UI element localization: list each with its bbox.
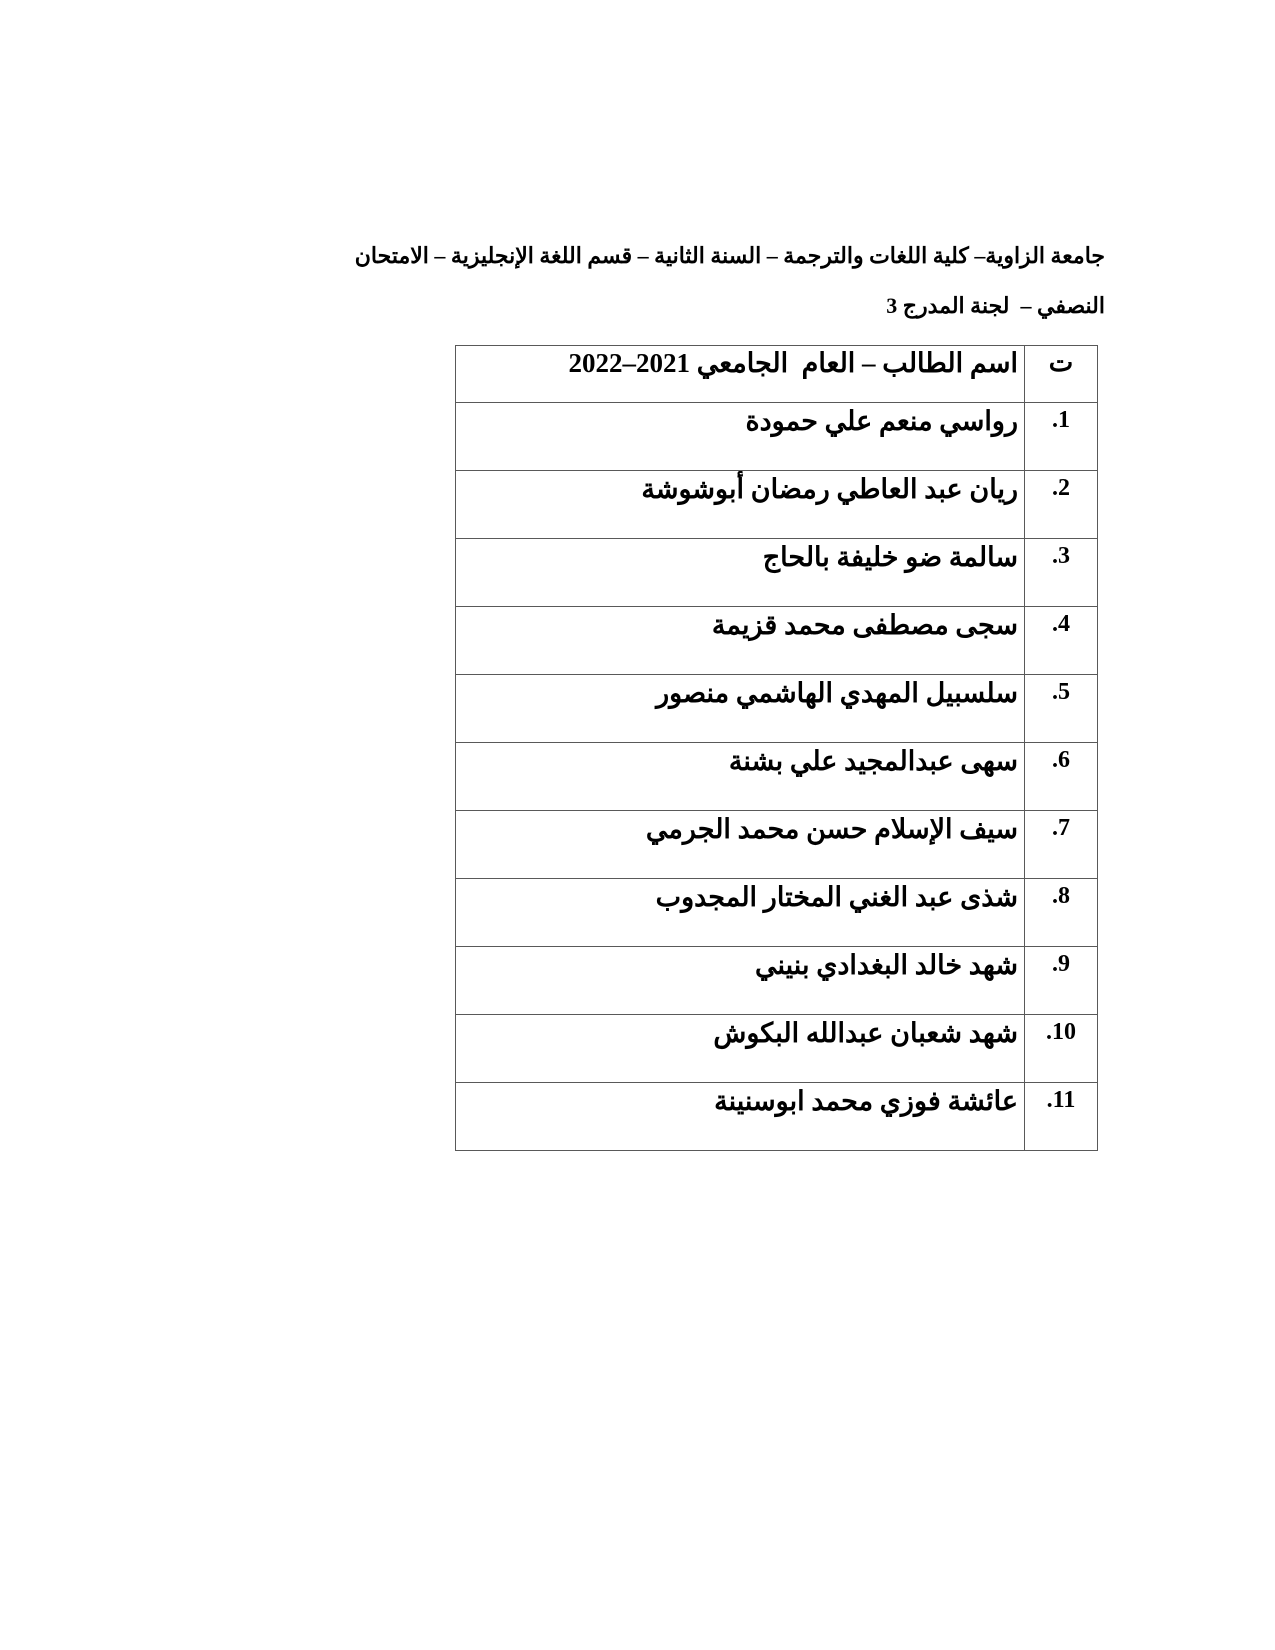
table-row: 10. شهد شعبان عبدالله البكوش [456,1015,1098,1083]
header-line-2: النصفي – لجنة المدرج 3 [160,281,1105,331]
name-cell: ريان عبد العاطي رمضان أبوشوشة [456,471,1025,539]
students-table: ت اسم الطالب – العام الجامعي 2021–2022 1… [455,345,1098,1151]
serial-cell: 1. [1025,403,1098,471]
serial-cell: 2. [1025,471,1098,539]
table-row: 7. سيف الإسلام حسن محمد الجرمي [456,811,1098,879]
name-cell: شهد خالد البغدادي بنيني [456,947,1025,1015]
table-header-row: ت اسم الطالب – العام الجامعي 2021–2022 [456,346,1098,403]
name-cell: شهد شعبان عبدالله البكوش [456,1015,1025,1083]
table-row: 11. عائشة فوزي محمد ابوسنينة [456,1083,1098,1151]
serial-cell: 4. [1025,607,1098,675]
document-page: جامعة الزاوية– كلية اللغات والترجمة – ال… [0,0,1275,1650]
name-cell: رواسي منعم علي حمودة [456,403,1025,471]
serial-cell: 11. [1025,1083,1098,1151]
table-row: 9. شهد خالد البغدادي بنيني [456,947,1098,1015]
table-row: 4. سجى مصطفى محمد قزيمة [456,607,1098,675]
table-row: 3. سالمة ضو خليفة بالحاج [456,539,1098,607]
table-row: 1. رواسي منعم علي حمودة [456,403,1098,471]
name-cell: سيف الإسلام حسن محمد الجرمي [456,811,1025,879]
serial-cell: 7. [1025,811,1098,879]
document-header: جامعة الزاوية– كلية اللغات والترجمة – ال… [160,231,1105,331]
name-column-header: اسم الطالب – العام الجامعي 2021–2022 [456,346,1025,403]
name-cell: سهى عبدالمجيد علي بشنة [456,743,1025,811]
serial-cell: 10. [1025,1015,1098,1083]
name-cell: سجى مصطفى محمد قزيمة [456,607,1025,675]
table-row: 5. سلسبيل المهدي الهاشمي منصور [456,675,1098,743]
header-line-1: جامعة الزاوية– كلية اللغات والترجمة – ال… [160,231,1105,281]
name-cell: عائشة فوزي محمد ابوسنينة [456,1083,1025,1151]
serial-column-header: ت [1025,346,1098,403]
serial-cell: 6. [1025,743,1098,811]
serial-cell: 5. [1025,675,1098,743]
table-row: 6. سهى عبدالمجيد علي بشنة [456,743,1098,811]
name-cell: سالمة ضو خليفة بالحاج [456,539,1025,607]
name-cell: شذى عبد الغني المختار المجدوب [456,879,1025,947]
serial-cell: 9. [1025,947,1098,1015]
table-row: 8. شذى عبد الغني المختار المجدوب [456,879,1098,947]
table-row: 2. ريان عبد العاطي رمضان أبوشوشة [456,471,1098,539]
serial-cell: 3. [1025,539,1098,607]
name-cell: سلسبيل المهدي الهاشمي منصور [456,675,1025,743]
serial-cell: 8. [1025,879,1098,947]
